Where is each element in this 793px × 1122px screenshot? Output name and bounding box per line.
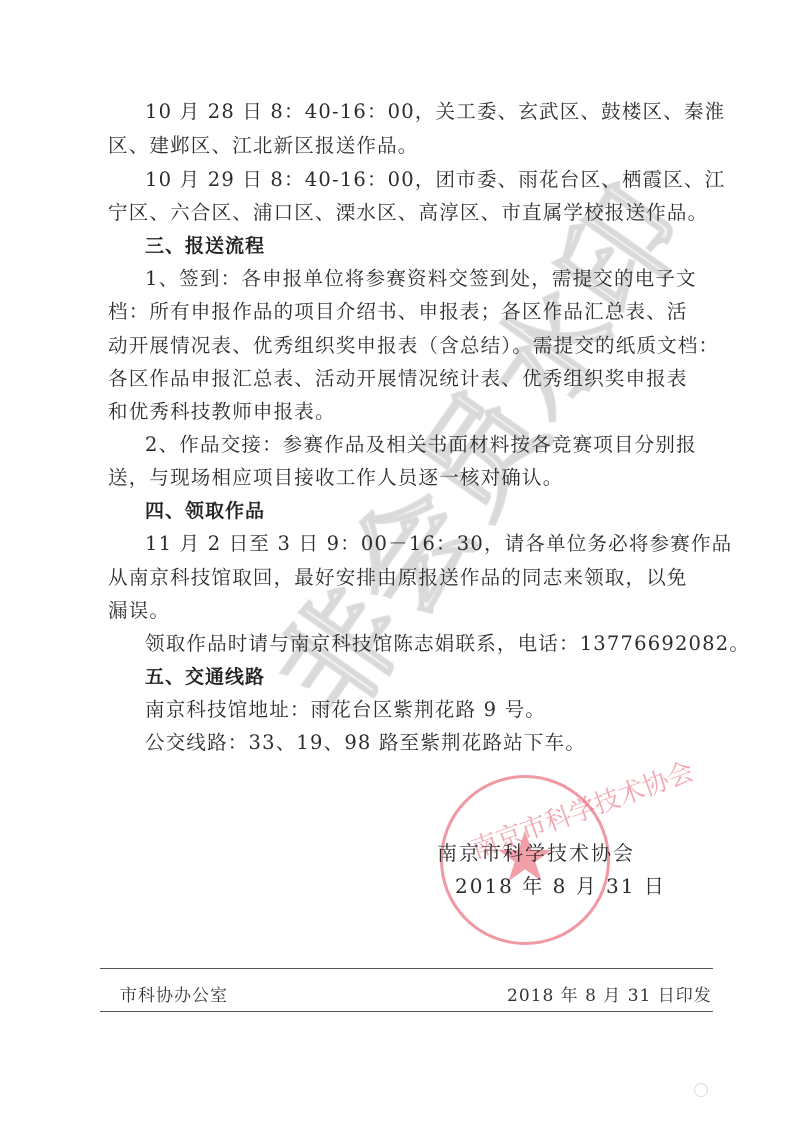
- footer-bottom-rule: [100, 1011, 713, 1012]
- paragraph-oct29-line1: 10 月 29 日 8：40-16：00，团市委、雨花台区、栖霞区、江: [145, 165, 755, 195]
- process-item1-line1: 1、签到：各申报单位将参赛资料交签到处，需提交的电子文: [145, 264, 755, 294]
- pickup-line2: 从南京科技馆取回，最好安排由原报送作品的同志来领取，以免: [108, 563, 718, 593]
- process-item1-line3: 动开展情况表、优秀组织奖申报表（含总结）。需提交的纸质文档：: [108, 331, 718, 361]
- process-item2-line1: 2、作品交接：参赛作品及相关书面材料按各竞赛项目分别报: [145, 430, 755, 460]
- transport-bus: 公交线路：33、19、98 路至紫荆花路站下车。: [145, 728, 755, 758]
- process-item2-line2: 送，与现场相应项目接收工作人员逐一核对确认。: [108, 463, 718, 493]
- process-item1-line5: 和优秀科技教师申报表。: [108, 397, 718, 427]
- pickup-contact: 领取作品时请与南京科技馆陈志娟联系，电话：13776692082。: [145, 629, 755, 659]
- paragraph-oct29-line2: 宁区、六合区、浦口区、溧水区、高淳区、市直属学校报送作品。: [108, 198, 718, 228]
- document-page: 非会员水印 10 月 28 日 8：40-16：00，关工委、玄武区、鼓楼区、秦…: [0, 0, 793, 1122]
- paragraph-oct28-line2: 区、建邺区、江北新区报送作品。: [108, 131, 718, 161]
- transport-address: 南京科技馆地址：雨花台区紫荆花路 9 号。: [145, 695, 755, 725]
- process-item1-line4: 各区作品申报汇总表、活动开展情况统计表、优秀组织奖申报表: [108, 364, 718, 394]
- process-item1-line2: 档：所有申报作品的项目介绍书、申报表；各区作品汇总表、活: [108, 297, 718, 327]
- paragraph-oct28-line1: 10 月 28 日 8：40-16：00，关工委、玄武区、鼓楼区、秦淮: [145, 97, 755, 127]
- pickup-line1: 11 月 2 日至 3 日 9：00－16：30，请各单位务必将参赛作品: [145, 529, 755, 559]
- signature-org: 南京市科学技术协会: [437, 837, 635, 866]
- footer-issued-date: 2018 年 8 月 31 日印发: [507, 981, 712, 1006]
- section-heading-process: 三、报送流程: [145, 231, 755, 261]
- pickup-line3: 漏误。: [108, 596, 718, 626]
- footer-office: 市科协办公室: [120, 981, 228, 1006]
- section-heading-pickup: 四、领取作品: [145, 496, 755, 526]
- footer-top-rule: [100, 968, 713, 969]
- section-heading-transport: 五、交通线路: [145, 662, 755, 692]
- scan-artifact: [694, 1083, 708, 1097]
- signature-date: 2018 年 8 月 31 日: [455, 870, 666, 899]
